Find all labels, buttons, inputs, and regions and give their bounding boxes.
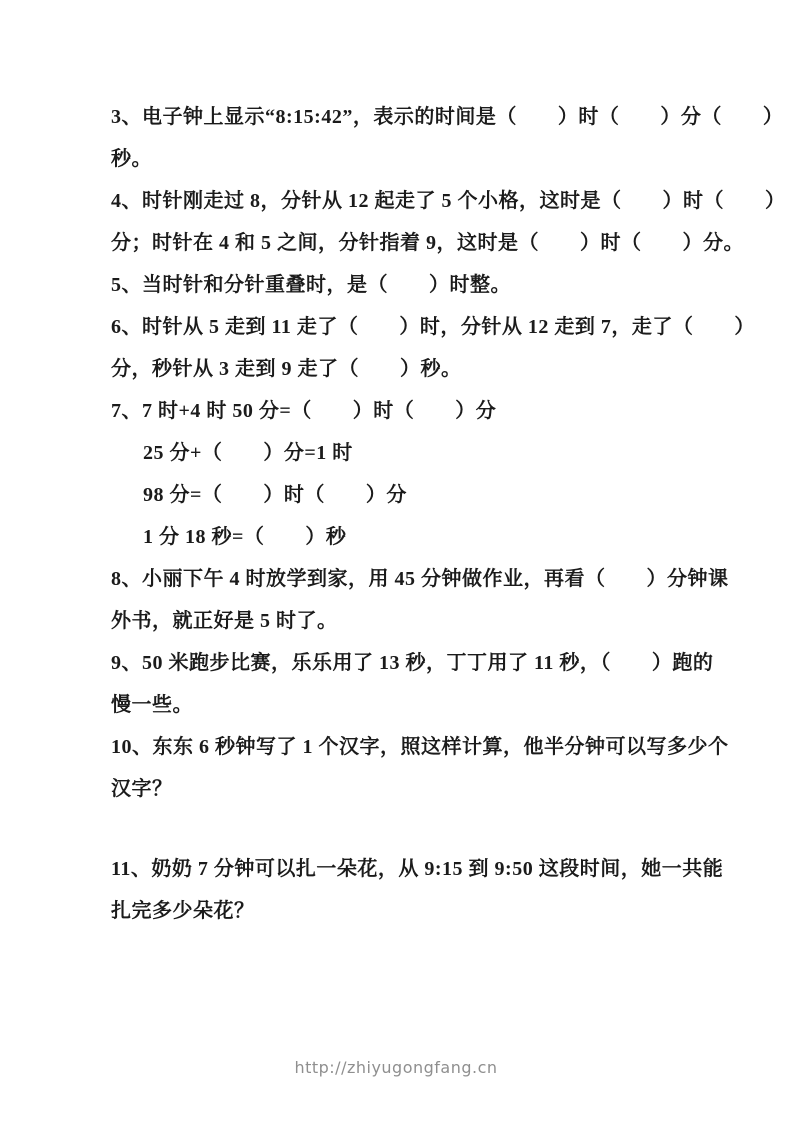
- question-line: 4、时针刚走过 8，分针从 12 起走了 5 个小格，这时是（ ）时（ ）: [111, 180, 692, 222]
- question-line: 7、7 时+4 时 50 分=（ ）时（ ）分: [111, 390, 692, 432]
- question-line: 分；时针在 4 和 5 之间，分针指着 9，这时是（ ）时（ ）分。: [111, 222, 692, 264]
- question-9: 9、50 米跑步比赛，乐乐用了 13 秒，丁丁用了 11 秒，（ ）跑的 慢一些…: [111, 642, 692, 726]
- question-line: 秒。: [111, 138, 692, 180]
- question-line: 10、东东 6 秒钟写了 1 个汉字，照这样计算，他半分钟可以写多少个: [111, 726, 692, 768]
- question-7: 7、7 时+4 时 50 分=（ ）时（ ）分 25 分+（ ）分=1 时 98…: [111, 390, 692, 558]
- question-11: 11、奶奶 7 分钟可以扎一朵花，从 9:15 到 9:50 这段时间，她一共能…: [111, 848, 692, 932]
- question-line: 6、时针从 5 走到 11 走了（ ）时，分针从 12 走到 7，走了（ ）: [111, 306, 692, 348]
- question-line: 5、当时针和分针重叠时，是（ ）时整。: [111, 264, 692, 306]
- question-4: 4、时针刚走过 8，分针从 12 起走了 5 个小格，这时是（ ）时（ ） 分；…: [111, 180, 692, 264]
- question-line: 11、奶奶 7 分钟可以扎一朵花，从 9:15 到 9:50 这段时间，她一共能: [111, 848, 692, 890]
- question-line: 慢一些。: [111, 684, 692, 726]
- question-8: 8、小丽下午 4 时放学到家，用 45 分钟做作业，再看（ ）分钟课 外书，就正…: [111, 558, 692, 642]
- question-subline: 98 分=（ ）时（ ）分: [111, 474, 692, 516]
- question-5: 5、当时针和分针重叠时，是（ ）时整。: [111, 264, 692, 306]
- question-6: 6、时针从 5 走到 11 走了（ ）时，分针从 12 走到 7，走了（ ） 分…: [111, 306, 692, 390]
- footer-url: http://zhiyugongfang.cn: [0, 1058, 792, 1077]
- question-subline: 1 分 18 秒=（ ）秒: [111, 516, 692, 558]
- question-line: 3、电子钟上显示“8:15:42”，表示的时间是（ ）时（ ）分（ ）: [111, 96, 692, 138]
- question-line: 汉字？: [111, 768, 692, 810]
- question-3: 3、电子钟上显示“8:15:42”，表示的时间是（ ）时（ ）分（ ） 秒。: [111, 96, 692, 180]
- question-line: 外书，就正好是 5 时了。: [111, 600, 692, 642]
- question-10: 10、东东 6 秒钟写了 1 个汉字，照这样计算，他半分钟可以写多少个 汉字？: [111, 726, 692, 810]
- questions-list: 3、电子钟上显示“8:15:42”，表示的时间是（ ）时（ ）分（ ） 秒。 4…: [111, 96, 692, 932]
- question-line: 8、小丽下午 4 时放学到家，用 45 分钟做作业，再看（ ）分钟课: [111, 558, 692, 600]
- question-subline: 25 分+（ ）分=1 时: [111, 432, 692, 474]
- question-line: 9、50 米跑步比赛，乐乐用了 13 秒，丁丁用了 11 秒，（ ）跑的: [111, 642, 692, 684]
- question-line: 扎完多少朵花？: [111, 890, 692, 932]
- question-line: 分，秒针从 3 走到 9 走了（ ）秒。: [111, 348, 692, 390]
- worksheet-page: 3、电子钟上显示“8:15:42”，表示的时间是（ ）时（ ）分（ ） 秒。 4…: [0, 0, 792, 1122]
